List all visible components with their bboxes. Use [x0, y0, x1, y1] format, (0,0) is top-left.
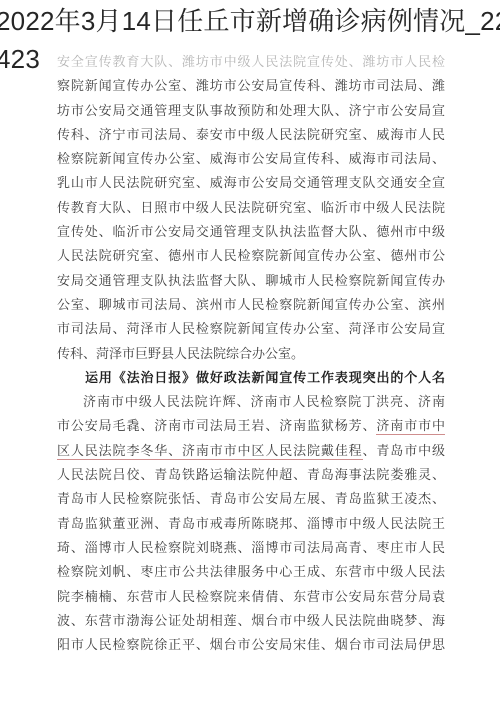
text-line: 波、东营市渤海公证处胡相莲、烟台市中级人民法院曲晓梦、海 — [57, 609, 445, 633]
text-line: 传教育大队、日照市中级人民法院研究室、临沂市中级人民法院 — [57, 196, 445, 220]
text-line: 院李楠楠、东营市人民检察院来倩倩、东营市公安局东营分局袁 — [57, 585, 445, 609]
text-line: 检察院新闻宣传办公室、威海市公安局宣传科、威海市司法局、 — [57, 147, 445, 171]
underline-annotation: 济南市市中 — [376, 418, 445, 435]
text-line: 安全宣传教育大队、潍坊市中级人民法院宣传处、潍坊市人民检 — [57, 50, 445, 74]
text-run: 乳山市人民法院研究室、威海市公安局交通管理支队交通安全宣 — [57, 175, 445, 190]
text-run: 琦、淄博市人民检察院刘晓燕、淄博市司法局高青、枣庄市人民 — [57, 540, 445, 555]
text-line: 琦、淄博市人民检察院刘晓燕、淄博市司法局高青、枣庄市人民 — [57, 536, 445, 560]
text-line: 人民法院吕佼、青岛铁路运输法院仲超、青岛海事法院娄雅灵、 — [57, 463, 445, 487]
text-run: 院李楠楠、东营市人民检察院来倩倩、东营市公安局东营分局袁 — [57, 589, 445, 604]
text-line: 传科、济宁市司法局、泰安市中级人民法院研究室、威海市人民 — [57, 123, 445, 147]
text-run: 察院新闻宣传办公室、潍坊市公安局宣传科、潍坊市司法局、潍 — [57, 78, 445, 93]
text-run: 坊市公安局交通管理支队事故预防和处理大队、济宁市公安局宣 — [57, 103, 445, 118]
text-run: 检察院新闻宣传办公室、威海市公安局宣传科、威海市司法局、 — [57, 151, 445, 166]
text-line: 安局交通管理支队执法监督大队、聊城市人民检察院新闻宣传办 — [57, 269, 445, 293]
text-run: 市公安局毛毳、济南市司法局王岩、济南监狱杨芳、 — [57, 418, 376, 433]
text-line: 区人民法院李冬华、济南市市中区人民法院戴佳程、青岛市中级 — [57, 439, 445, 463]
text-run: 传科、济宁市司法局、泰安市中级人民法院研究室、威海市人民 — [57, 127, 445, 142]
text-line: 检察院刘帆、枣庄市公共法律服务中心王成、东营市中级人民法 — [57, 560, 445, 584]
text-run: 波、东营市渤海公证处胡相莲、烟台市中级人民法院曲晓梦、海 — [57, 613, 445, 628]
text-run: 人民法院吕佼、青岛铁路运输法院仲超、青岛海事法院娄雅灵、 — [57, 467, 445, 482]
text-line: 坊市公安局交通管理支队事故预防和处理大队、济宁市公安局宣 — [57, 99, 445, 123]
text-line: 市公安局毛毳、济南市司法局王岩、济南监狱杨芳、济南市市中 — [57, 414, 445, 438]
scan-document: 安全宣传教育大队、潍坊市中级人民法院宣传处、潍坊市人民检察院新闻宣传办公室、潍坊… — [57, 50, 445, 657]
text-line: 人民法院研究室、德州市人民检察院新闻宣传办公室、德州市公 — [57, 244, 445, 268]
text-run: 检察院刘帆、枣庄市公共法律服务中心王成、东营市中级人民法 — [57, 564, 445, 579]
text-line: 青岛监狱董亚洲、青岛市戒毒所陈晓邦、淄博市中级人民法院王 — [57, 512, 445, 536]
underline-annotation: 区人民法院李冬华、济南市市中区人民法院戴佳程 — [57, 443, 363, 460]
text-line: 宣传处、临沂市公安局交通管理支队执法监督大队、德州市中级 — [57, 220, 445, 244]
text-line: 市司法局、菏泽市人民检察院新闻宣传办公室、菏泽市公安局宣 — [57, 317, 445, 341]
text-run: 传科、菏泽市巨野县人民法院综合办公室。 — [57, 346, 304, 361]
text-line: 公室、聊城市司法局、滨州市人民检察院新闻宣传办公室、滨州 — [57, 293, 445, 317]
text-run: 青岛市人民检察院张恬、青岛市公安局左展、青岛监狱王凌杰、 — [57, 491, 445, 506]
text-run: 传教育大队、日照市中级人民法院研究室、临沂市中级人民法院 — [57, 200, 445, 215]
text-run: 安局交通管理支队执法监督大队、聊城市人民检察院新闻宣传办 — [57, 273, 445, 288]
text-run: 安全宣传教育大队、潍坊市中级人民法院宣传处、潍坊市人民检 — [57, 54, 445, 69]
text-run: 济南市中级人民法院许辉、济南市人民检察院丁洪亮、济南 — [83, 394, 445, 409]
text-run: 青岛监狱董亚洲、青岛市戒毒所陈晓邦、淄博市中级人民法院王 — [57, 516, 445, 531]
text-run: 公室、聊城市司法局、滨州市人民检察院新闻宣传办公室、滨州 — [57, 297, 445, 312]
text-run: 宣传处、临沂市公安局交通管理支队执法监督大队、德州市中级 — [57, 224, 445, 239]
text-run: 市司法局、菏泽市人民检察院新闻宣传办公室、菏泽市公安局宣 — [57, 321, 445, 336]
text-line: 济南市中级人民法院许辉、济南市人民检察院丁洪亮、济南 — [57, 390, 445, 414]
text-line: 乳山市人民法院研究室、威海市公安局交通管理支队交通安全宣 — [57, 171, 445, 195]
text-line: 察院新闻宣传办公室、潍坊市公安局宣传科、潍坊市司法局、潍 — [57, 74, 445, 98]
text-line: 运用《法治日报》做好政法新闻宣传工作表现突出的个人名单： — [57, 366, 445, 390]
text-run: 运用《法治日报》做好政法新闻宣传工作表现突出的个人名单： — [57, 370, 445, 390]
text-line: 阳市人民检察院徐正平、烟台市公安局宋佳、烟台市司法局伊思 — [57, 633, 445, 657]
text-run: 、青岛市中级 — [363, 443, 445, 458]
text-run: 人民法院研究室、德州市人民检察院新闻宣传办公室、德州市公 — [57, 248, 445, 263]
text-line: 传科、菏泽市巨野县人民法院综合办公室。 — [57, 342, 445, 366]
text-run: 阳市人民检察院徐正平、烟台市公安局宋佳、烟台市司法局伊思 — [57, 637, 445, 652]
page-title-line1: 2022年3月14日任丘市新增确诊病例情况_22 — [0, 2, 500, 40]
text-line: 青岛市人民检察院张恬、青岛市公安局左展、青岛监狱王凌杰、 — [57, 487, 445, 511]
